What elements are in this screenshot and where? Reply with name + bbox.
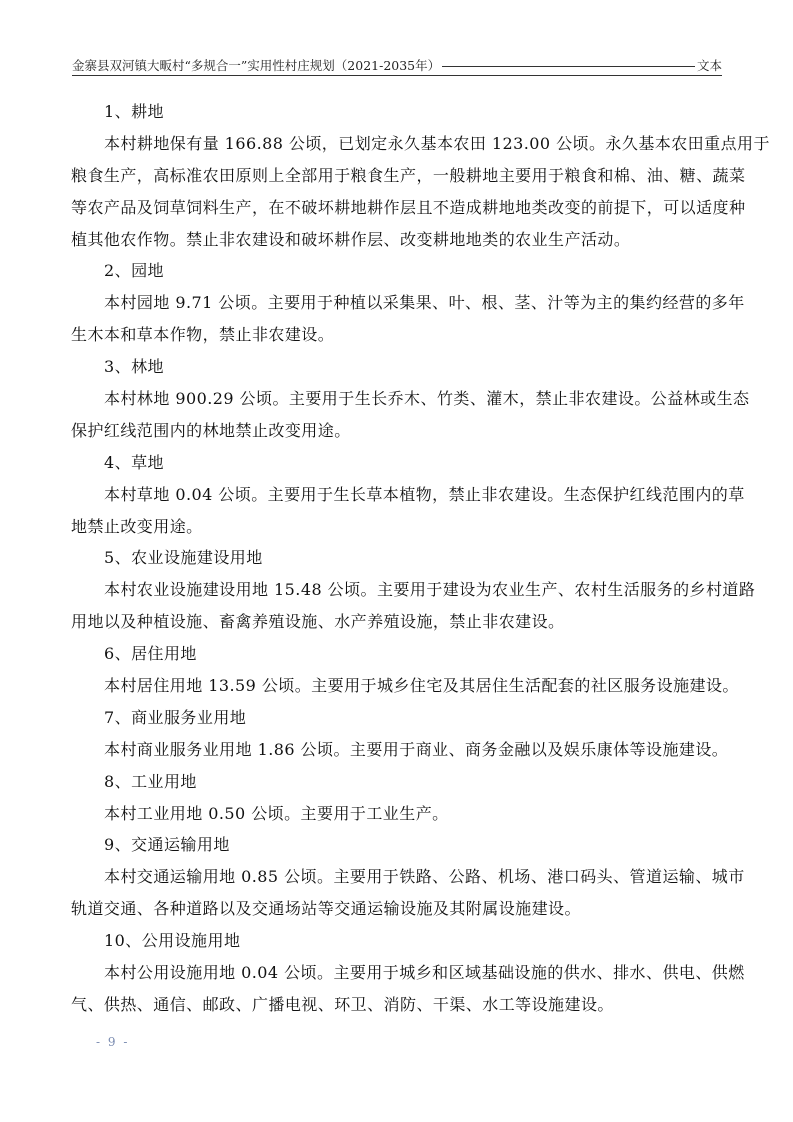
section-paragraph: 本村交通运输用地 0.85 公顷。主要用于铁路、公路、机场、港口码头、管道运输、… — [71, 861, 723, 925]
section-paragraph: 本村耕地保有量 166.88 公顷，已划定永久基本农田 123.00 公顷。永久… — [71, 128, 723, 256]
section-paragraph: 本村商业服务业用地 1.86 公顷。主要用于商业、商务金融以及娱乐康体等设施建设… — [71, 734, 723, 766]
paragraph-line: 植其他农作物。禁止非农建设和破坏耕作层、改变耕地地类的农业生产活动。 — [71, 224, 723, 256]
paragraph-line: 保护红线范围内的林地禁止改变用途。 — [71, 415, 723, 447]
section-residential-land: 6、居住用地 本村居住用地 13.59 公顷。主要用于城乡住宅及其居住生活配套的… — [71, 638, 723, 702]
section-heading: 3、林地 — [71, 351, 723, 383]
paragraph-line: 本村公用设施用地 0.04 公顷。主要用于城乡和区域基础设施的供水、排水、供电、… — [71, 957, 723, 989]
paragraph-line: 生木本和草本作物，禁止非农建设。 — [71, 319, 723, 351]
section-garden-land: 2、园地 本村园地 9.71 公顷。主要用于种植以采集果、叶、根、茎、汁等为主的… — [71, 255, 723, 351]
section-paragraph: 本村农业设施建设用地 15.48 公顷。主要用于建设为农业生产、农村生活服务的乡… — [71, 574, 723, 638]
section-agricultural-facility-land: 5、农业设施建设用地 本村农业设施建设用地 15.48 公顷。主要用于建设为农业… — [71, 542, 723, 638]
document-body: 1、耕地 本村耕地保有量 166.88 公顷，已划定永久基本农田 123.00 … — [71, 96, 723, 1021]
paragraph-line: 轨道交通、各种道路以及交通场站等交通运输设施及其附属设施建设。 — [71, 893, 723, 925]
paragraph-line: 本村交通运输用地 0.85 公顷。主要用于铁路、公路、机场、港口码头、管道运输、… — [71, 861, 723, 893]
paragraph-line: 地禁止改变用途。 — [71, 511, 723, 543]
section-heading: 4、草地 — [71, 447, 723, 479]
section-paragraph: 本村林地 900.29 公顷。主要用于生长乔木、竹类、灌木，禁止非农建设。公益林… — [71, 383, 723, 447]
paragraph-line: 本村园地 9.71 公顷。主要用于种植以采集果、叶、根、茎、汁等为主的集约经营的… — [71, 287, 723, 319]
page-header: 金寨县双河镇大畈村“多规合一”实用性村庄规划（2021-2035年） 文本 — [72, 57, 722, 76]
paragraph-line: 本村农业设施建设用地 15.48 公顷。主要用于建设为农业生产、农村生活服务的乡… — [71, 574, 723, 606]
section-commercial-land: 7、商业服务业用地 本村商业服务业用地 1.86 公顷。主要用于商业、商务金融以… — [71, 702, 723, 766]
section-forest-land: 3、林地 本村林地 900.29 公顷。主要用于生长乔木、竹类、灌木，禁止非农建… — [71, 351, 723, 447]
section-paragraph: 本村草地 0.04 公顷。主要用于生长草本植物，禁止非农建设。生态保护红线范围内… — [71, 479, 723, 543]
section-paragraph: 本村公用设施用地 0.04 公顷。主要用于城乡和区域基础设施的供水、排水、供电、… — [71, 957, 723, 1021]
section-paragraph: 本村园地 9.71 公顷。主要用于种植以采集果、叶、根、茎、汁等为主的集约经营的… — [71, 287, 723, 351]
paragraph-line: 等农产品及饲草饲料生产，在不破坏耕地耕作层且不造成耕地地类改变的前提下，可以适度… — [71, 192, 723, 224]
section-heading: 8、工业用地 — [71, 766, 723, 798]
section-grassland: 4、草地 本村草地 0.04 公顷。主要用于生长草本植物，禁止非农建设。生态保护… — [71, 447, 723, 543]
section-farmland: 1、耕地 本村耕地保有量 166.88 公顷，已划定永久基本农田 123.00 … — [71, 96, 723, 255]
section-heading: 10、公用设施用地 — [71, 925, 723, 957]
section-heading: 9、交通运输用地 — [71, 829, 723, 861]
paragraph-line: 本村草地 0.04 公顷。主要用于生长草本植物，禁止非农建设。生态保护红线范围内… — [71, 479, 723, 511]
section-paragraph: 本村居住用地 13.59 公顷。主要用于城乡住宅及其居住生活配套的社区服务设施建… — [71, 670, 723, 702]
document-title: 金寨县双河镇大畈村“多规合一”实用性村庄规划（2021-2035年） — [72, 57, 440, 75]
section-utility-land: 10、公用设施用地 本村公用设施用地 0.04 公顷。主要用于城乡和区域基础设施… — [71, 925, 723, 1021]
page-number: - 9 - — [96, 1035, 129, 1049]
paragraph-line: 本村林地 900.29 公顷。主要用于生长乔木、竹类、灌木，禁止非农建设。公益林… — [71, 383, 723, 415]
section-industrial-land: 8、工业用地 本村工业用地 0.50 公顷。主要用于工业生产。 — [71, 766, 723, 830]
section-heading: 6、居住用地 — [71, 638, 723, 670]
section-transport-land: 9、交通运输用地 本村交通运输用地 0.85 公顷。主要用于铁路、公路、机场、港… — [71, 829, 723, 925]
section-label: 文本 — [697, 57, 722, 75]
section-heading: 2、园地 — [71, 255, 723, 287]
section-heading: 1、耕地 — [71, 96, 723, 128]
paragraph-line: 用地以及种植设施、畜禽养殖设施、水产养殖设施，禁止非农建设。 — [71, 606, 723, 638]
paragraph-line: 本村商业服务业用地 1.86 公顷。主要用于商业、商务金融以及娱乐康体等设施建设… — [71, 734, 723, 766]
header-dash-rule — [442, 66, 695, 67]
paragraph-line: 粮食生产，高标准农田原则上全部用于粮食生产，一般耕地主要用于粮食和棉、油、糖、蔬… — [71, 160, 723, 192]
paragraph-line: 气、供热、通信、邮政、广播电视、环卫、消防、干渠、水工等设施建设。 — [71, 989, 723, 1021]
paragraph-line: 本村工业用地 0.50 公顷。主要用于工业生产。 — [71, 798, 723, 830]
paragraph-line: 本村居住用地 13.59 公顷。主要用于城乡住宅及其居住生活配套的社区服务设施建… — [71, 670, 723, 702]
section-paragraph: 本村工业用地 0.50 公顷。主要用于工业生产。 — [71, 798, 723, 830]
section-heading: 7、商业服务业用地 — [71, 702, 723, 734]
paragraph-line: 本村耕地保有量 166.88 公顷，已划定永久基本农田 123.00 公顷。永久… — [71, 128, 723, 160]
section-heading: 5、农业设施建设用地 — [71, 542, 723, 574]
